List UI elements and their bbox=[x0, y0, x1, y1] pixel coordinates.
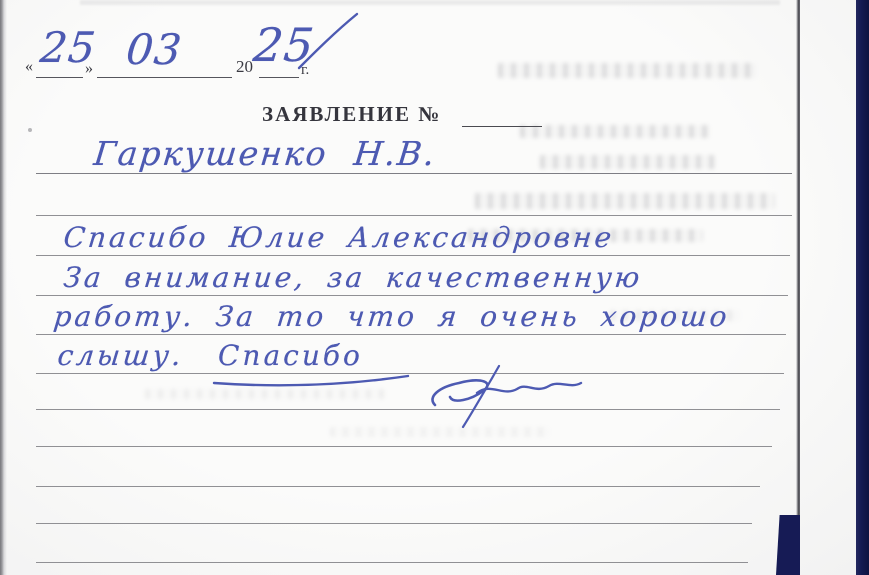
scanned-application-page: « » 20 г. 25 03 25 ЗАЯВЛЕНИЕ № Гаркушенк… bbox=[0, 0, 869, 575]
ruled-line bbox=[36, 215, 792, 216]
ruled-line bbox=[36, 562, 748, 563]
notebook-cover-edge bbox=[856, 0, 869, 575]
pen-flourish-stroke bbox=[297, 12, 359, 70]
body-line-4-underlined-word: Спасибо bbox=[218, 339, 363, 372]
title-number-underline bbox=[462, 126, 542, 127]
bleed-through-text bbox=[520, 125, 710, 138]
bleed-through-text bbox=[498, 63, 756, 78]
bleed-through-text bbox=[475, 193, 775, 209]
applicant-name: Гаркушенко Н.В. bbox=[92, 134, 438, 173]
ruled-line bbox=[36, 523, 752, 524]
date-month-underline bbox=[97, 77, 232, 78]
form-title: ЗАЯВЛЕНИЕ № bbox=[262, 102, 441, 127]
date-open-quote: « bbox=[25, 58, 33, 76]
ruled-line bbox=[36, 486, 760, 487]
bleed-through-text bbox=[540, 155, 715, 169]
scan-speck bbox=[28, 128, 32, 132]
bleed-through-text bbox=[145, 389, 385, 399]
ruled-line bbox=[36, 334, 786, 335]
ruled-line bbox=[36, 446, 772, 447]
scan-left-edge bbox=[0, 0, 7, 575]
signature-scribble bbox=[425, 363, 600, 429]
scan-top-smudge bbox=[80, 0, 780, 5]
ruled-line bbox=[36, 409, 780, 410]
ruled-line bbox=[36, 255, 790, 256]
stacked-page-edges bbox=[799, 0, 858, 575]
body-line-4-prefix: слышу. bbox=[56, 339, 185, 372]
date-year-underline bbox=[259, 77, 299, 78]
ruled-line bbox=[36, 295, 788, 296]
body-line-3: работу. За то что я очень хорошо bbox=[52, 300, 731, 333]
hand-drawn-underline bbox=[212, 374, 412, 388]
date-day-underline bbox=[36, 77, 83, 78]
notebook-cover-corner bbox=[776, 515, 800, 575]
handwritten-day: 25 bbox=[38, 23, 99, 72]
handwritten-month: 03 bbox=[124, 25, 185, 74]
ruled-line bbox=[36, 173, 792, 174]
body-line-2: За внимание, за качественную bbox=[62, 261, 644, 294]
body-line-1: Спасибо Юлие Александровне bbox=[62, 221, 616, 254]
